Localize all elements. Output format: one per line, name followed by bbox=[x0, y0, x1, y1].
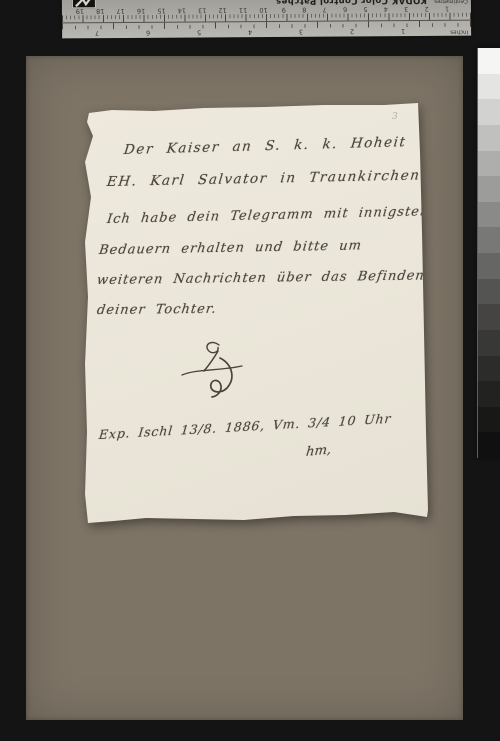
ruler-number: 14 bbox=[178, 7, 186, 15]
gray-step bbox=[478, 202, 500, 228]
ruler-number: 6 bbox=[343, 5, 347, 13]
ruler-number: 13 bbox=[198, 6, 206, 14]
ruler-number: 19 bbox=[76, 7, 84, 15]
kodak-ruler: 1234567 Inches 1234567891011121314151617… bbox=[62, 0, 471, 38]
ruler-number: 9 bbox=[282, 6, 286, 14]
gray-step bbox=[478, 176, 500, 202]
ruler-number: 2 bbox=[425, 5, 429, 13]
ruler-number: 4 bbox=[248, 28, 252, 36]
ruler-number: 12 bbox=[218, 6, 226, 14]
ruler-number: 10 bbox=[259, 6, 267, 14]
ruler-number: 1 bbox=[401, 27, 405, 35]
gray-step bbox=[478, 151, 500, 177]
gray-step bbox=[478, 227, 500, 253]
ruler-number: 15 bbox=[157, 7, 165, 15]
gray-step bbox=[478, 356, 500, 382]
ruler-brand-text: KODAK Color Control Patches bbox=[276, 0, 427, 6]
signature-monogram-icon bbox=[178, 338, 250, 402]
gray-step bbox=[478, 432, 500, 458]
gray-step bbox=[478, 253, 500, 279]
ruler-number: 1 bbox=[445, 5, 449, 13]
ruler-number: 2 bbox=[350, 27, 354, 35]
ruler-number: 4 bbox=[384, 5, 388, 13]
clerk-paraph: hm, bbox=[305, 442, 332, 460]
letter-heading-line-1: Der Kaiser an S. k. k. Hoheit bbox=[123, 134, 407, 158]
ruler-number: 5 bbox=[363, 5, 367, 13]
gray-step bbox=[478, 48, 500, 74]
letter-body-line-2: Bedauern erhalten und bitte um bbox=[98, 238, 363, 258]
letter-page: 3 Der Kaiser an S. k. k. Hoheit EH. Karl… bbox=[84, 102, 429, 524]
gray-step bbox=[478, 279, 500, 305]
letter-paper: 3 Der Kaiser an S. k. k. Hoheit EH. Karl… bbox=[84, 102, 429, 524]
ruler-number: 7 bbox=[95, 29, 99, 37]
gray-scale-strip bbox=[477, 48, 500, 458]
ruler-number: 17 bbox=[116, 7, 124, 15]
letter-body-line-3: weiteren Nachrichten über das Befinden bbox=[96, 268, 426, 288]
gray-step bbox=[478, 74, 500, 100]
gray-step bbox=[478, 381, 500, 407]
ruler-centimetres-label: Centimetres bbox=[434, 0, 468, 4]
page-number: 3 bbox=[392, 112, 398, 122]
letter-body-line-4: deiner Tochter. bbox=[96, 302, 218, 318]
ruler-number: 16 bbox=[137, 7, 145, 15]
letter-heading-line-2: EH. Karl Salvator in Traunkirchen. bbox=[106, 167, 427, 190]
ruler-number: 3 bbox=[299, 28, 303, 36]
dateline: Exp. Ischl 13/8. 1886, Vm. 3/4 10 Uhr bbox=[98, 411, 392, 442]
ruler-inches-label: Inches bbox=[450, 28, 468, 35]
ruler-number: 7 bbox=[323, 6, 327, 14]
kodak-logo-icon bbox=[72, 0, 96, 8]
letter-body-line-1: Ich habe dein Telegramm mit innigstem bbox=[106, 204, 434, 227]
ruler-number: 5 bbox=[197, 28, 201, 36]
ruler-number: 11 bbox=[239, 6, 247, 14]
gray-step bbox=[478, 330, 500, 356]
gray-step bbox=[478, 407, 500, 433]
ruler-number: 6 bbox=[146, 29, 150, 37]
ruler-number: 3 bbox=[404, 5, 408, 13]
ruler-number: 8 bbox=[302, 6, 306, 14]
ruler-number: 18 bbox=[96, 7, 104, 15]
gray-step bbox=[478, 304, 500, 330]
gray-step bbox=[478, 99, 500, 125]
gray-step bbox=[478, 125, 500, 151]
